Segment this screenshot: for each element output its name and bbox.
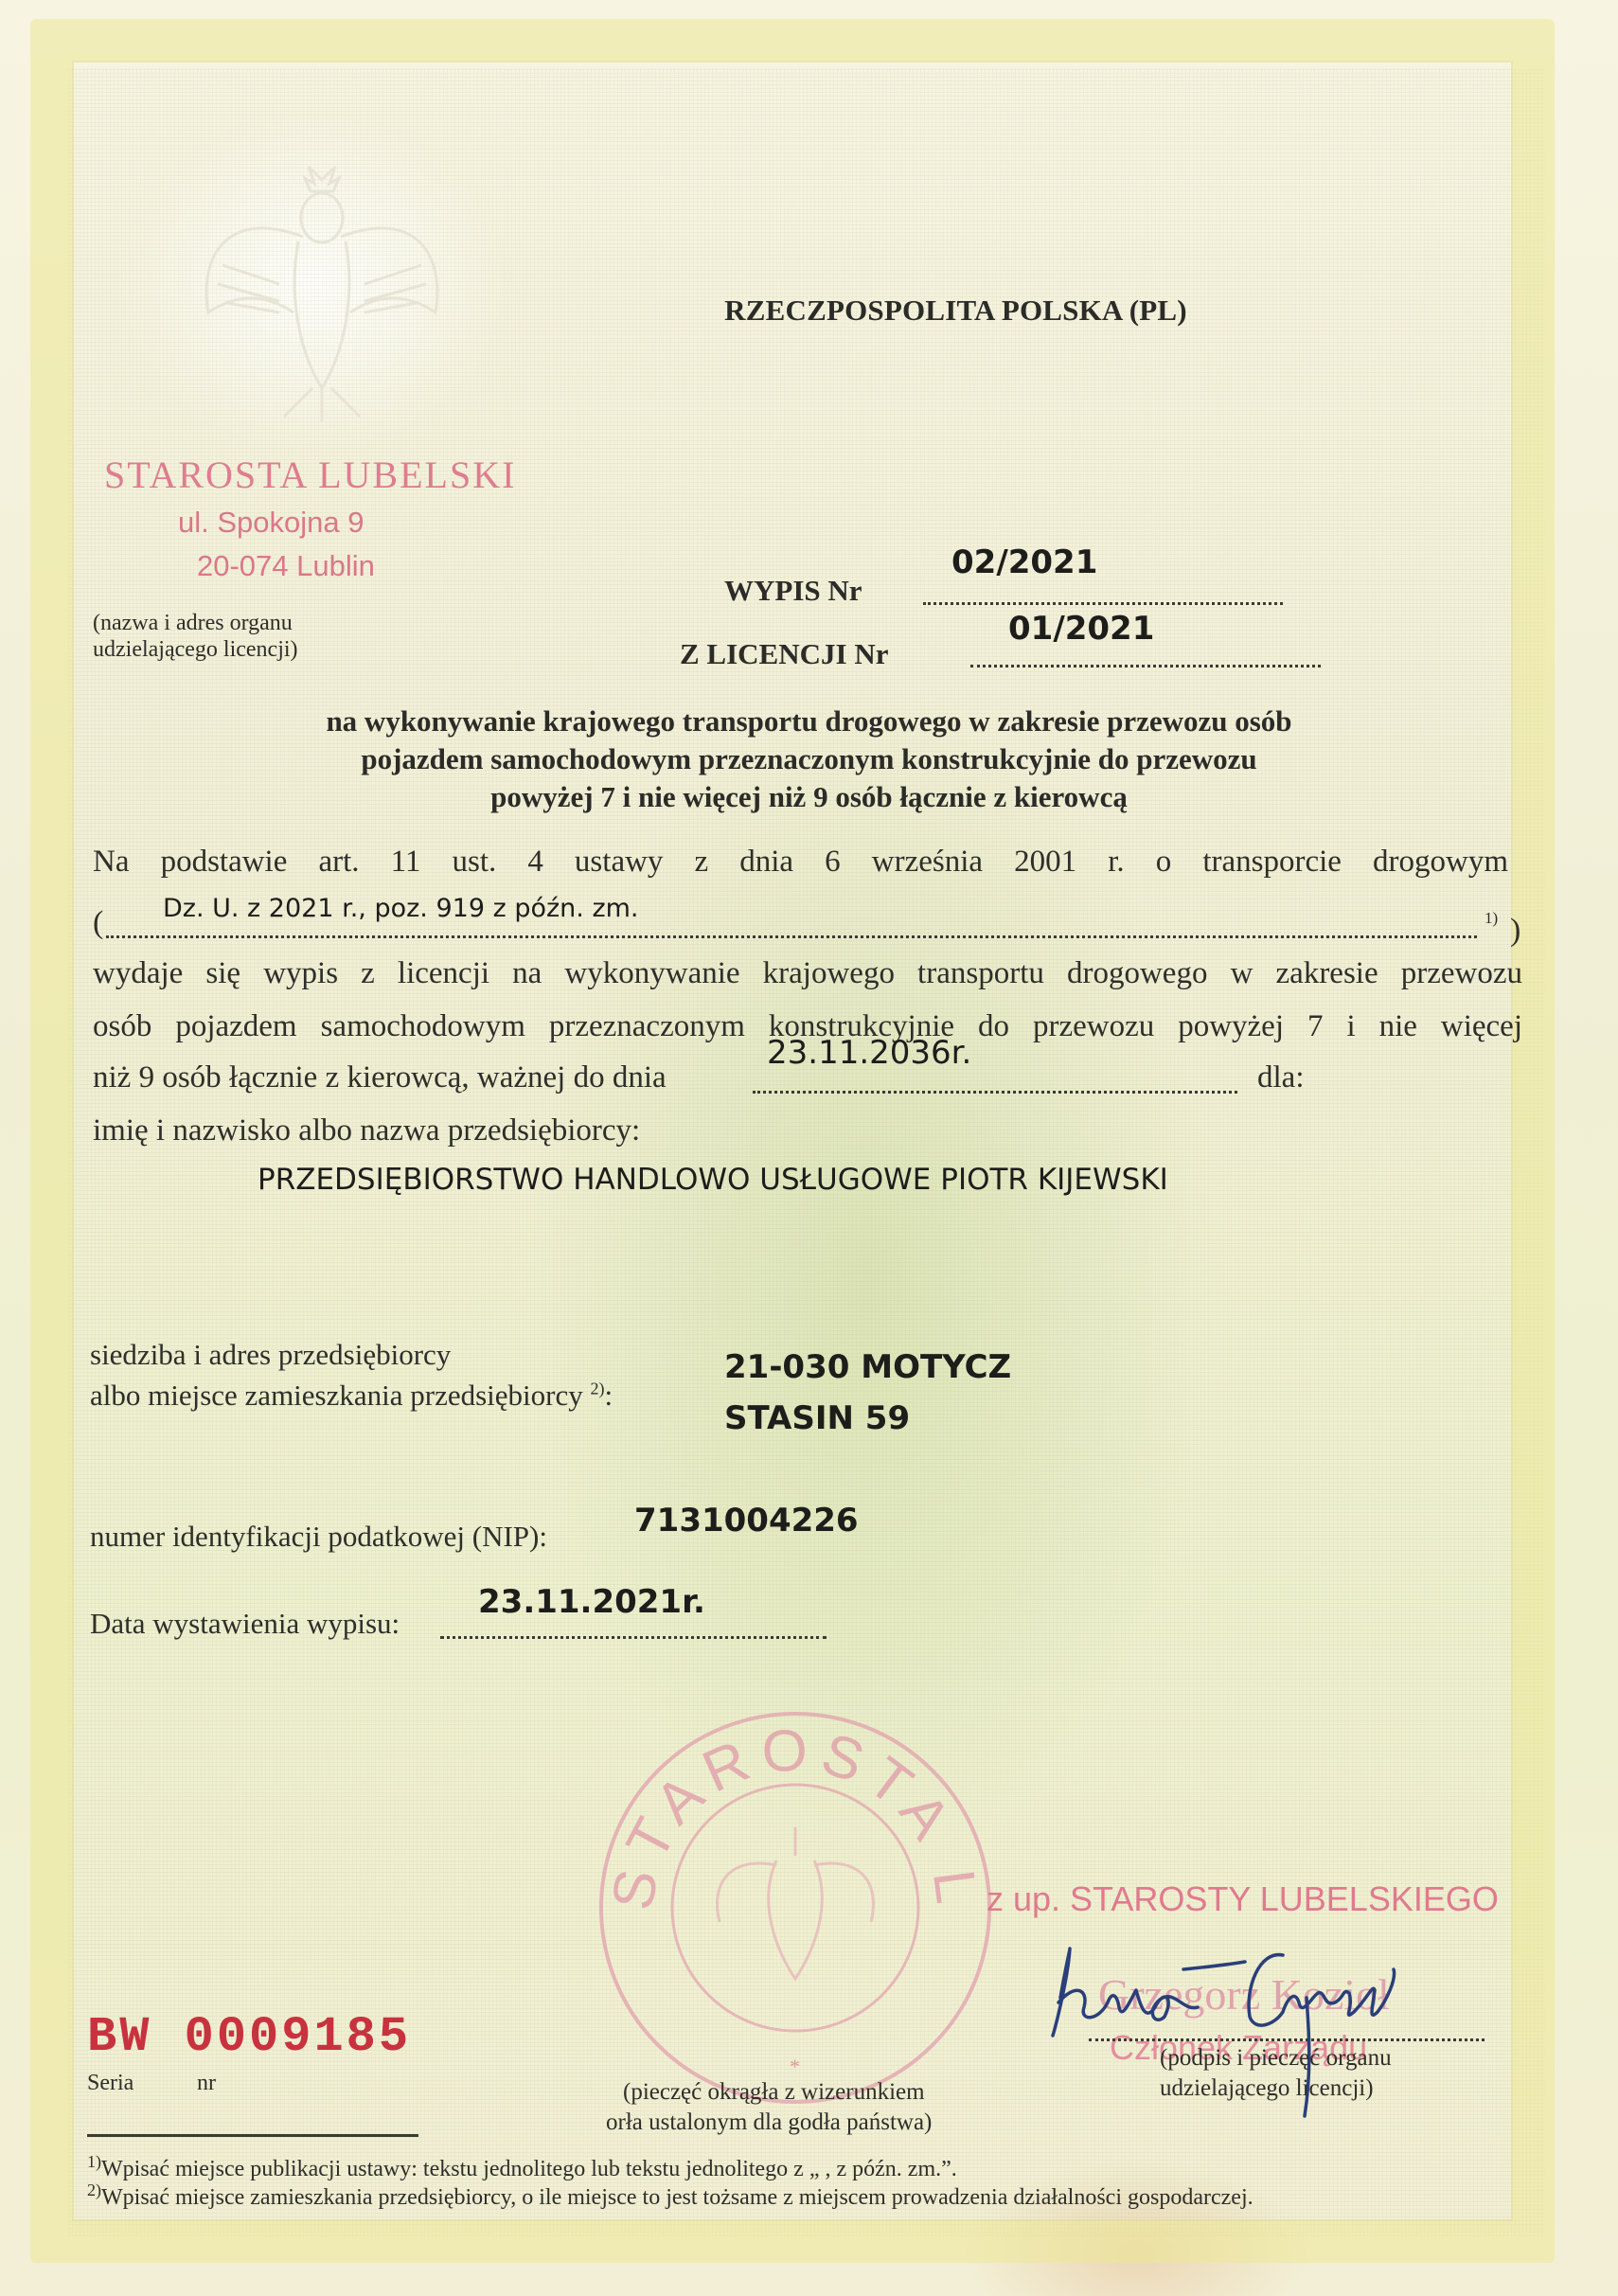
footnote-2-ref: 2) [87, 2180, 101, 2199]
svg-text:*: * [790, 2055, 800, 2078]
open-paren: ( [93, 905, 103, 941]
footnote-ref-1: 1) [1485, 909, 1498, 928]
licencja-dotted-line [970, 665, 1321, 667]
license-scope: na wykonywanie krajowego transportu drog… [0, 703, 1618, 816]
seal-caption-1: (pieczęć okrągła z wizerunkiem [623, 2079, 925, 2106]
entrepreneur-name: PRZEDSIĘBIORSTWO HANDLOWO USŁUGOWE PIOTR… [258, 1163, 1168, 1197]
issuer-stamp-name: STAROSTA LUBELSKI [104, 453, 516, 497]
serial-number-value: 0009185 [185, 2009, 411, 2065]
nip-value: 7131004226 [634, 1502, 859, 1540]
legal-basis-line: Na podstawie art. 11 ust. 4 ustawy z dni… [93, 845, 1508, 880]
address-label-2-text: albo miejsce zamieszkania przedsiębiorcy [90, 1379, 583, 1412]
round-seal-text: STAROSTA LUBELSKI [587, 1695, 990, 1916]
valid-until-dotted-line [753, 1091, 1237, 1094]
serial-series: BW [87, 2009, 151, 2065]
svg-text:STAROSTA LUBELSKI: STAROSTA LUBELSKI [587, 1695, 990, 1916]
address-line-1: 21-030 MOTYCZ [724, 1348, 1011, 1386]
scope-line-2: pojazdem samochodowym przeznaczonym kons… [0, 740, 1618, 778]
publication-dotted-line [106, 935, 1477, 938]
issuer-stamp-city: 20-074 Lublin [197, 549, 375, 583]
body-line-3-prefix: niż 9 osób łącznie z kierowcą, ważnej do… [93, 1060, 667, 1095]
close-paren: ) [1510, 913, 1520, 949]
footnote-2-text: Wpisać miejsce zamieszkania przedsiębior… [101, 2185, 1254, 2210]
address-colon: : [604, 1379, 613, 1412]
footnote-1-ref: 1) [87, 2152, 101, 2171]
signature-authority: z up. STAROSTY LUBELSKIEGO [987, 1879, 1499, 1919]
signature-caption-2: udzielającego licencji) [1160, 2075, 1374, 2102]
body-line-3-suffix: dla: [1257, 1060, 1304, 1095]
entrepreneur-label: imię i nazwisko albo nazwa przedsiębiorc… [93, 1113, 640, 1148]
serial-number: BW 0009185 [87, 2009, 411, 2065]
scope-line-3: powyżej 7 i nie więcej niż 9 osób łączni… [0, 778, 1618, 816]
body-line-1: wydaje się wypis z licencji na wykonywan… [93, 956, 1522, 991]
valid-until-date: 23.11.2036r. [767, 1034, 971, 1072]
licencja-label: Z LICENCJI Nr [680, 637, 888, 671]
wypis-dotted-line [923, 602, 1283, 605]
publication-value: Dz. U. z 2021 r., poz. 919 z późn. zm. [163, 894, 639, 923]
licencja-number: 01/2021 [1008, 610, 1154, 648]
footnote-2: 2)Wpisać miejsce zamieszkania przedsiębi… [87, 2176, 1254, 2212]
issuer-caption-2: udzielającego licencji) [93, 636, 298, 663]
document-title: RZECZPOSPOLITA POLSKA (PL) [0, 294, 1618, 328]
wypis-label: WYPIS Nr [724, 574, 862, 608]
address-label-1: siedziba i adres przedsiębiorcy [90, 1338, 451, 1372]
seal-caption-2: orła ustalonym dla godła państwa) [606, 2109, 932, 2136]
serial-series-label: Seria [87, 2070, 133, 2096]
issue-date-dotted-line [440, 1636, 827, 1639]
scope-line-1: na wykonywanie krajowego transportu drog… [0, 703, 1618, 740]
footnote-ref-2: 2) [590, 1379, 604, 1398]
wypis-number: 02/2021 [951, 543, 1097, 581]
address-label-2: albo miejsce zamieszkania przedsiębiorcy… [90, 1379, 613, 1413]
round-seal-icon: STAROSTA LUBELSKI * [587, 1695, 1004, 2111]
issue-date-label: Data wystawienia wypisu: [90, 1607, 400, 1641]
issuer-caption-1: (nazwa i adres organu [93, 610, 293, 636]
address-line-2: STASIN 59 [724, 1399, 910, 1437]
serial-number-label: nr [197, 2070, 216, 2096]
footnote-separator [87, 2134, 418, 2137]
nip-label: numer identyfikacji podatkowej (NIP): [90, 1520, 547, 1554]
signature-caption-1: (podpis i pieczęć organu [1160, 2045, 1392, 2072]
issuer-stamp-street: ul. Spokojna 9 [178, 506, 364, 540]
issue-date-value: 23.11.2021r. [478, 1583, 705, 1621]
